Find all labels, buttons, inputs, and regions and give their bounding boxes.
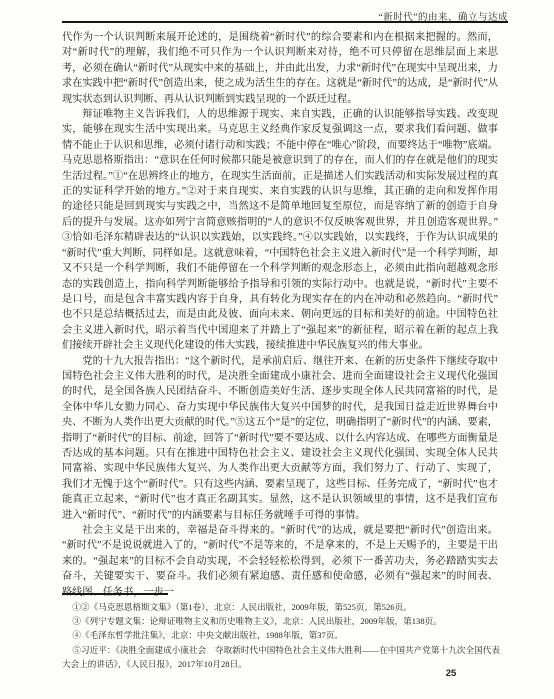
body-text: 代作为一个认识判断来展开论述的，是围绕着“新时代”的综合要素和内在根据来把握的。… xyxy=(62,30,498,600)
document-page: “新时代”的由来、确立与达成 代作为一个认识判断来展开论述的，是围绕着“新时代”… xyxy=(0,0,554,699)
page-number: 25 xyxy=(438,668,464,679)
header-rule xyxy=(62,21,508,23)
paragraph-socialism-is-achieved-by-work: 社会主义是干出来的，幸福是奋斗得来的。“新时代”的达成，就是要把“新时代”创造出… xyxy=(62,523,498,600)
paragraph-dialectical-materialism: 辩证唯物主义告诉我们，人的思维源于现实、来自实践，正确的认识能够指导实践、改变现… xyxy=(62,107,498,354)
footnote-5-xi-jinping: ⑤习近平：《决胜全面建成小康社会 夺取新时代中国特色社会主义伟大胜利——在中国共… xyxy=(62,643,500,671)
paragraph-continuation: 代作为一个认识判断来展开论述的，是围绕着“新时代”的综合要素和内在根据来把握的。… xyxy=(62,30,498,107)
footnote-1-2-marx-engels: ①②《马克思恩格斯文集》（第1卷），北京：人民出版社，2009年版，第525页，… xyxy=(62,600,500,614)
footnote-4-mao: ④《毛泽东哲学批注集》，北京：中央文献出版社，1988年版，第37页。 xyxy=(62,628,500,642)
footnotes: ①②《马克思恩格斯文集》（第1卷），北京：人民出版社，2009年版，第525页，… xyxy=(62,600,500,671)
footnote-3-lenin: ③《列宁专题文集：论辩证唯物主义和历史唯物主义》，北京：人民出版社，2009年版… xyxy=(62,614,500,628)
footnote-separator xyxy=(62,593,168,595)
paragraph-19th-congress-report: 党的十九大报告指出：“这个新时代，是承前启后、继往开来、在新的历史条件下继续夺取… xyxy=(62,354,498,523)
